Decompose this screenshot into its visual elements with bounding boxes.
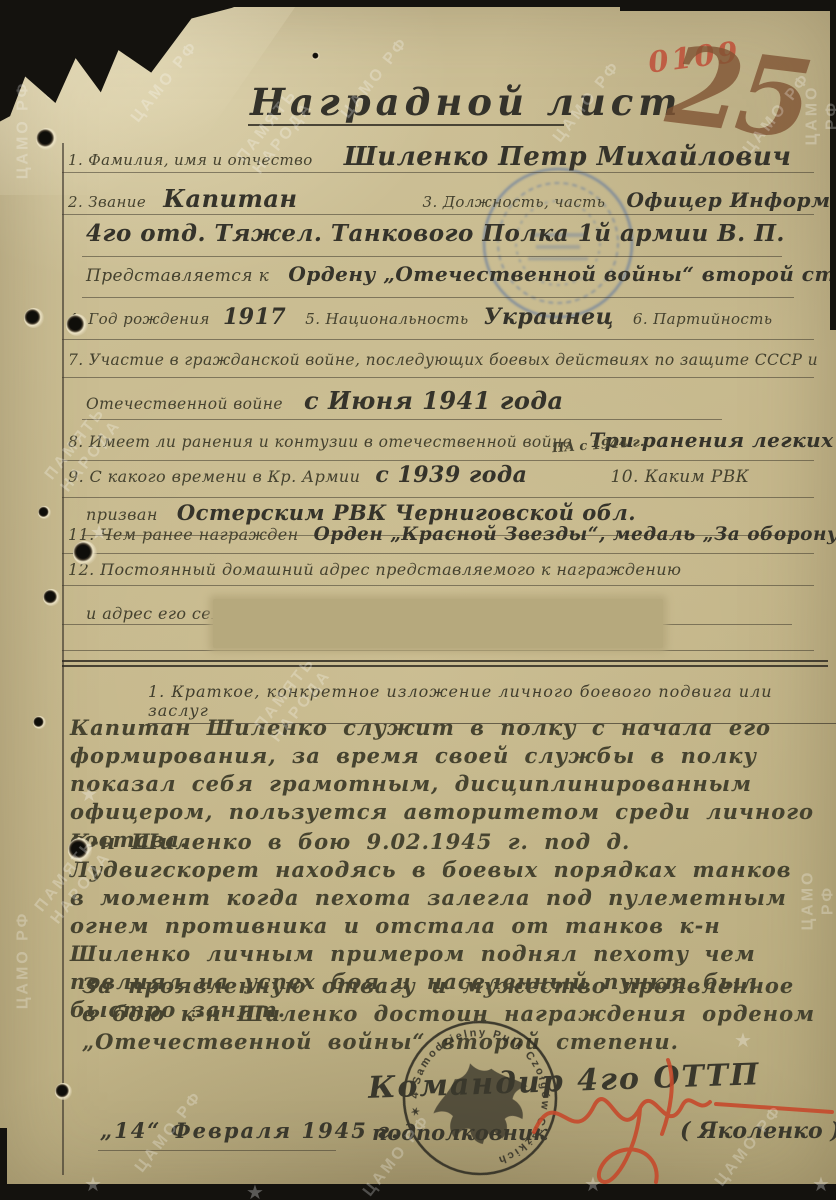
punch-hole (73, 541, 97, 565)
form-rule (62, 172, 814, 173)
field-address-label2: и адрес его сем (86, 604, 225, 623)
field-war-service-label: 7. Участие в гражданской войне, последую… (68, 351, 818, 369)
form-rule (82, 297, 794, 298)
field-rvk-label: 10. Каким РВК (611, 467, 750, 487)
field-awards-value: Орден „Красной Звезды“, медаль „За оборо… (314, 524, 836, 545)
archive-page-number: 25 (661, 22, 814, 164)
punch-hole (66, 314, 88, 336)
field-rank-label: 2. Звание (68, 193, 146, 211)
punch-hole (43, 589, 60, 606)
scan-edge-bottom (0, 1184, 836, 1200)
field-party-label: 6. Партийность (633, 310, 773, 328)
field-war-service-row: 7. Участие в гражданской войне, последую… (68, 350, 818, 369)
field-presented-value: Ордену „Отечественной войны“ второй степ… (288, 262, 836, 286)
field-war-since-label: Отечественной войне (86, 395, 283, 413)
field-birthyear-value: 1917 (223, 304, 286, 330)
field-name-label: 1. Фамилия, имя и отчество (68, 151, 313, 169)
field-unit-row: 4го отд. Тяжел. Танкового Полка 1й армии… (86, 220, 785, 247)
form-rule (62, 497, 814, 498)
form-rule (62, 339, 814, 340)
scan-edge-bottom-left (0, 1128, 7, 1200)
divider-double-rule (62, 660, 828, 662)
field-address-label: 12. Постоянный домашний адрес представля… (68, 560, 681, 579)
document-title: Наградной лист (250, 80, 682, 124)
field-unit-value: 4го отд. Тяжел. Танкового Полка 1й армии… (86, 220, 785, 247)
punch-hole (68, 838, 92, 862)
field-position-value: Офицер Информации (626, 188, 836, 212)
field-nationality-label: 5. Национальность (305, 310, 468, 328)
field-rvk-value: Остерским РВК Черниговской обл. (177, 500, 636, 525)
form-rule (62, 553, 814, 554)
red-ink-signature (518, 1052, 836, 1192)
field-wounds-row: 8. Имеет ли ранения и контузии в отечест… (68, 428, 834, 452)
form-rule (62, 585, 814, 586)
form-rule (62, 377, 814, 378)
field-war-since-row: Отечественной войне с Июня 1941 года (86, 386, 564, 415)
title-underline (248, 124, 564, 126)
field-address-row: 12. Постоянный домашний адрес представля… (68, 560, 681, 579)
field-army-value: с 1939 года (375, 462, 527, 488)
field-war-since-value: с Июня 1941 года (304, 386, 564, 415)
margin-line (62, 143, 64, 1175)
field-position-label: 3. Должность, часть (423, 193, 606, 211)
field-address-row2: и адрес его сем (86, 604, 225, 623)
field-presented-row: Представляется к Ордену „Отечественной в… (86, 262, 836, 286)
field-awards-label: 11. Чем ранее награжден (68, 525, 299, 544)
divider-double-rule (62, 665, 828, 667)
punch-hole (55, 1083, 72, 1100)
punch-hole (24, 308, 44, 328)
form-rule (62, 214, 814, 215)
punch-hole (36, 128, 58, 150)
date-line: „14“ Февраля 1945 г. (100, 1118, 400, 1143)
form-rule (82, 256, 782, 257)
redacted-address-block (213, 599, 663, 648)
scanned-award-sheet: 0109 25 Наградной лист 1. Фамилия, имя и… (0, 0, 836, 1200)
field-wounds-label: 8. Имеет ли ранения и контузии в отечест… (68, 433, 572, 451)
form-rule (62, 650, 814, 651)
field-awards-row: 11. Чем ранее награжден Орден „Красной З… (68, 524, 836, 545)
form-rule (82, 419, 722, 420)
field-rank-row: 2. Звание Капитан 3. Должность, часть Оф… (68, 184, 836, 213)
field-birthyear-label: 4. Год рождения (68, 310, 210, 328)
field-rvk-label2: призван (86, 505, 158, 524)
field-birth-row: 4. Год рождения 1917 5. Национальность У… (68, 304, 772, 330)
punch-hole (38, 506, 51, 519)
field-army-label: 9. С какого времени в Кр. Армии (68, 467, 360, 486)
date-underline (98, 1150, 336, 1151)
field-rank-value: Капитан (163, 184, 297, 213)
field-presented-label: Представляется к (86, 266, 269, 286)
scan-edge-top-right (620, 0, 836, 11)
scan-edge-right (830, 0, 836, 330)
field-rvk-row: призван Остерским РВК Черниговской обл. (86, 500, 636, 525)
punch-hole (33, 716, 46, 729)
field-army-row: 9. С какого времени в Кр. Армии с 1939 г… (68, 462, 749, 488)
punch-hole (312, 52, 320, 60)
field-nationality-value: Украинец (484, 304, 614, 330)
